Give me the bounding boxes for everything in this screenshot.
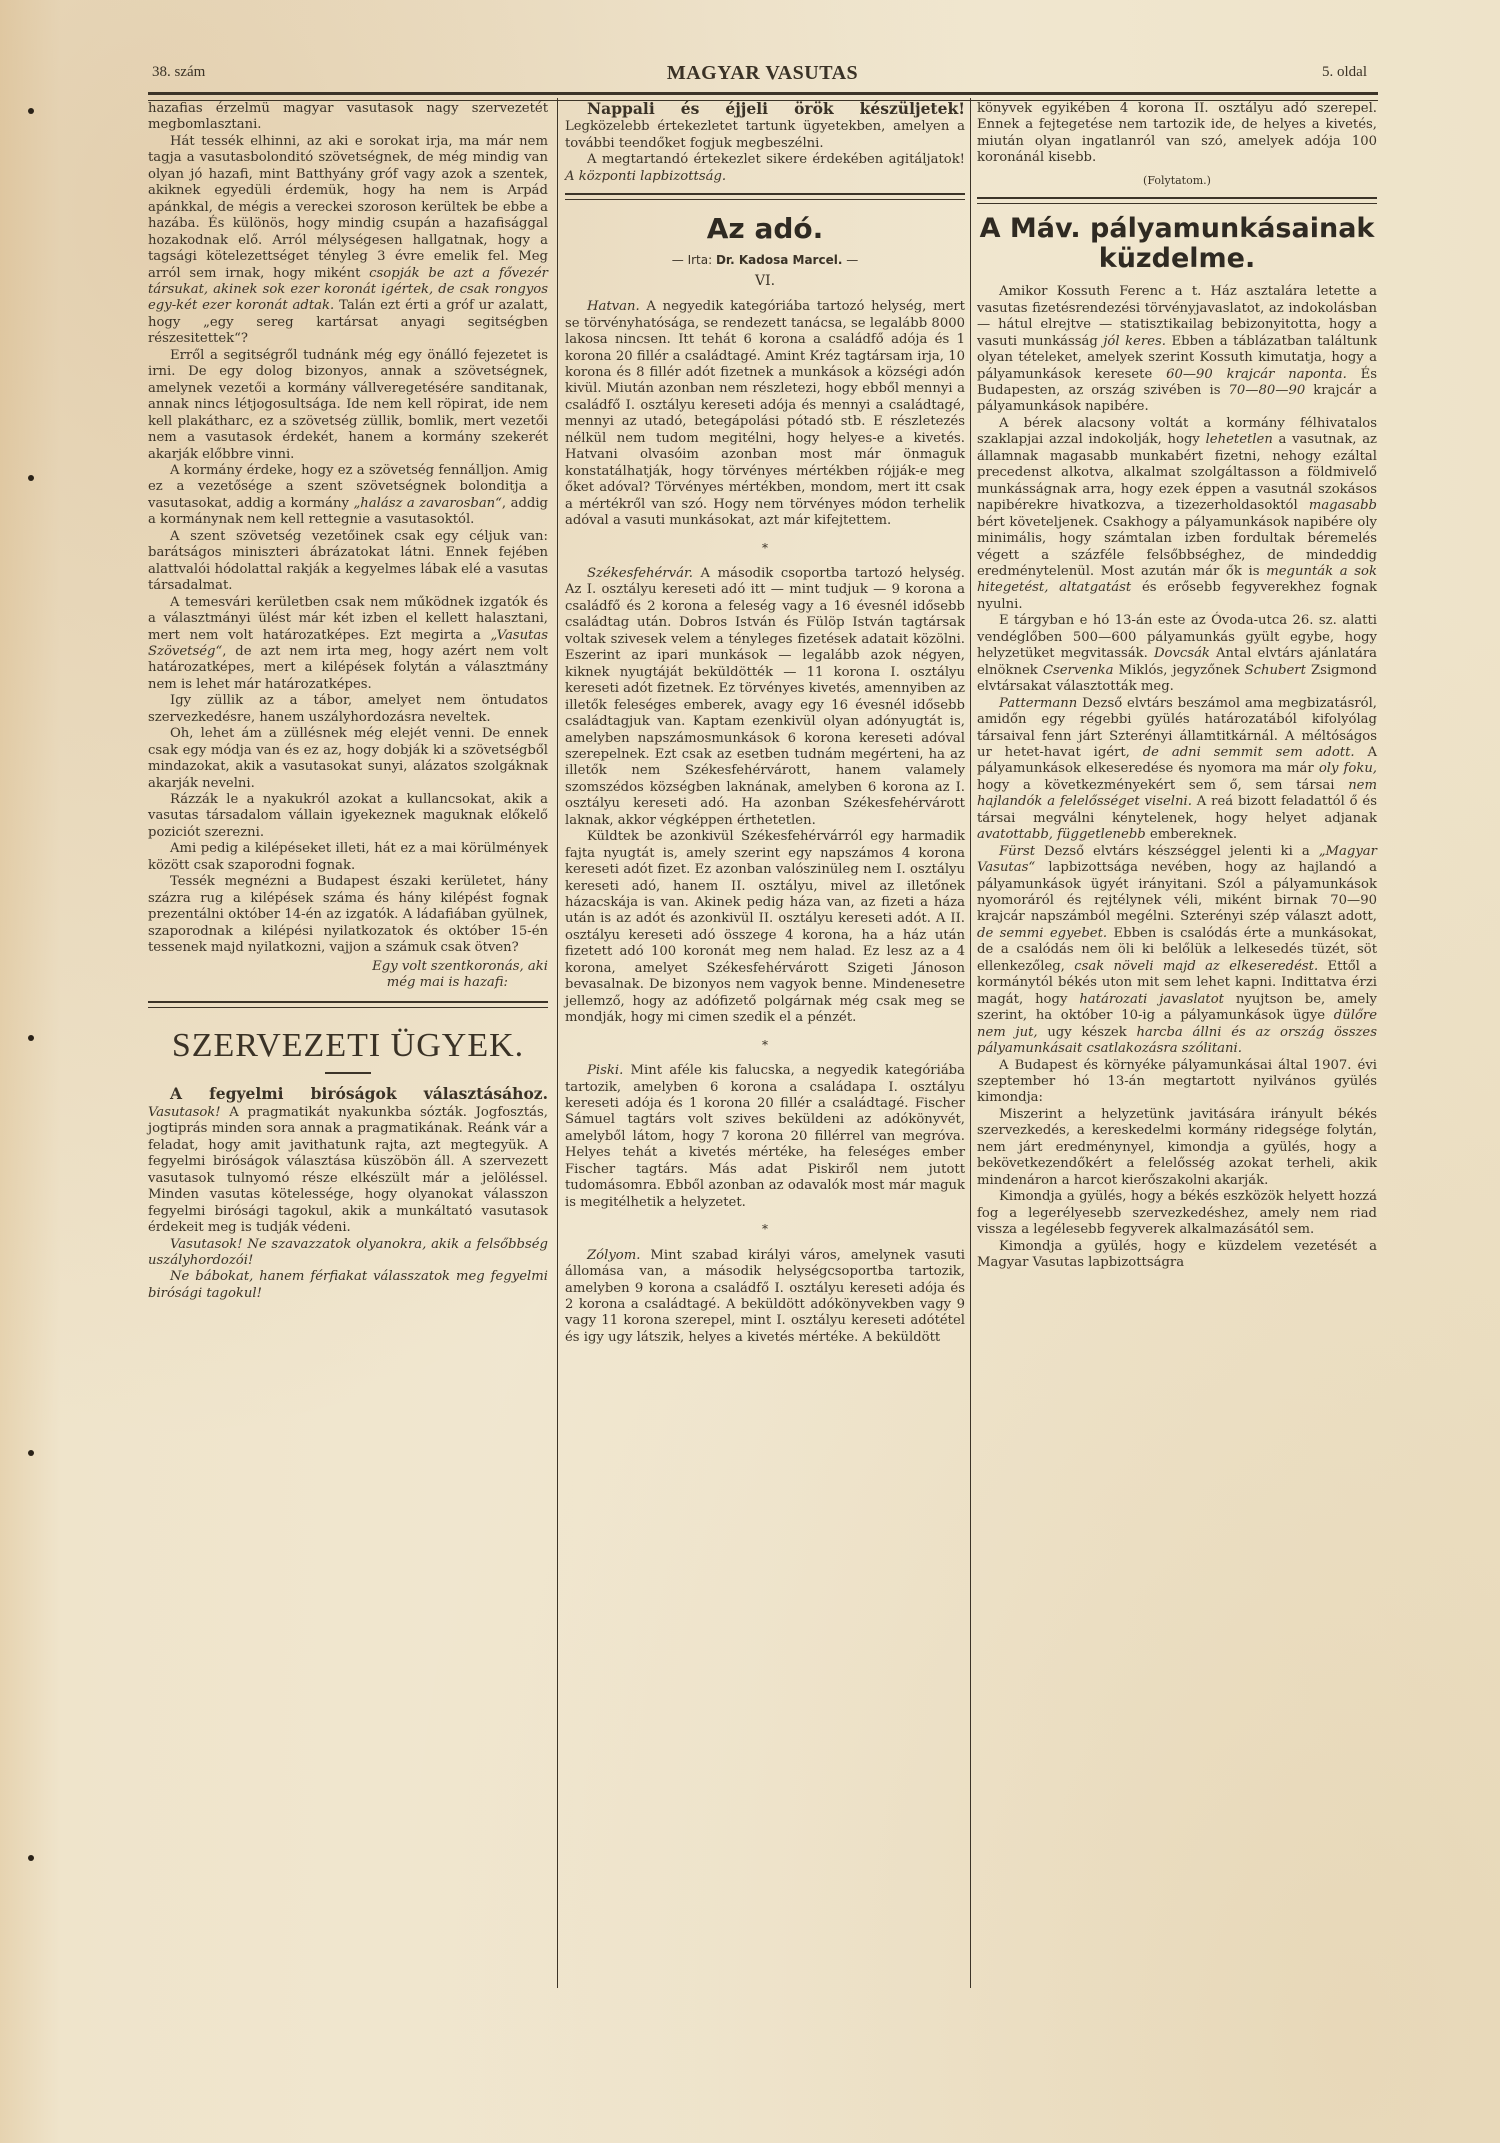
paragraph: A bérek alacsony voltát a kormány félhiv…: [977, 416, 1377, 613]
place-name: Székesfehérvár.: [587, 566, 693, 581]
italic-text: Vasutasok!: [148, 1105, 221, 1120]
place-name: Piski.: [587, 1063, 623, 1078]
section-title: SZERVEZETI ÜGYEK.: [148, 1026, 548, 1066]
italic-text: Fürst: [999, 844, 1035, 859]
italic-text: 70—80—90: [1229, 383, 1306, 398]
paragraph: Kimondja a gyülés, hogy a békés eszközök…: [977, 1189, 1377, 1238]
punch-hole-mark: [28, 108, 34, 114]
byline: — Irta: Dr. Kadosa Marcel. —: [565, 252, 965, 268]
italic-text: Schubert: [1245, 663, 1306, 678]
text: A pragmatikát nyakunkba sózták. Jogfoszt…: [148, 1105, 548, 1235]
text: Hát tessék elhinni, az aki e sorokat irj…: [148, 134, 548, 281]
text: A második csoportba tartozó helység. Az …: [565, 566, 965, 828]
paragraph: Fürst Dezső elvtárs készséggel jelenti k…: [977, 844, 1377, 1058]
paragraph: Nappali és éjjeli örök készüljetek! Legk…: [565, 101, 965, 152]
italic-text: jól keres.: [1103, 334, 1166, 349]
column-divider: [970, 98, 971, 1988]
text: ugy készek: [1047, 1025, 1126, 1040]
paragraph: Igy züllik az a tábor, amelyet nem öntud…: [148, 693, 548, 726]
masthead-title: MAGYAR VASUTAS: [150, 62, 1375, 85]
paragraph: Erről a segitségről tudnánk még egy önál…: [148, 348, 548, 463]
article-title: Az adó.: [565, 214, 965, 244]
italic-text: csak növeli majd az elkeseredést.: [1074, 959, 1318, 974]
italic-text: Cservenka: [1043, 663, 1114, 678]
author-name: Dr. Kadosa Marcel.: [716, 253, 842, 267]
paragraph: Hát tessék elhinni, az aki e sorokat irj…: [148, 134, 548, 348]
newspaper-page: 38. szám MAGYAR VASUTAS 5. oldal hazafia…: [0, 0, 1500, 2143]
paragraph: Pattermann Dezső elvtárs beszámol ama me…: [977, 696, 1377, 844]
text: hogy a következményekért sem ő, sem társ…: [977, 778, 1335, 793]
italic-text: Pattermann: [999, 696, 1077, 711]
text: Mint aféle kis falucska, a negyedik kate…: [565, 1063, 965, 1210]
italic-text: de adni semmit sem adott.: [1143, 745, 1355, 760]
column-right: könyvek egyikében 4 korona II. osztályu …: [977, 101, 1377, 1271]
place-name: Hatvan.: [587, 299, 640, 314]
place-name: Zólyom.: [587, 1248, 640, 1263]
text: Miklós, jegyzőnek: [1119, 663, 1240, 678]
paragraph: Hatvan. A negyedik kategóriába tartozó h…: [565, 299, 965, 529]
italic-text: lehetetlen: [1206, 432, 1273, 447]
asterisk-separator: *: [565, 1037, 965, 1053]
paragraph: Küldtek be azonkivül Székesfehérvárról e…: [565, 829, 965, 1026]
text: Legközelebb értekezletet tartunk ügyetek…: [565, 119, 965, 150]
article-lead-title: A fegyelmi biróságok választásához.: [170, 1084, 548, 1103]
italic-text: avatottabb, függetlenebb: [977, 827, 1146, 842]
notice-title: Nappali és éjjeli örök készüljetek!: [587, 99, 965, 118]
paragraph: Oh, lehet ám a züllésnek még elejét venn…: [148, 726, 548, 792]
column-divider: [557, 98, 558, 1988]
paragraph: Zólyom. Mint szabad királyi város, amely…: [565, 1248, 965, 1347]
paragraph: A megtartandó értekezlet sikere érdekébe…: [565, 152, 965, 185]
paragraph: Ne bábokat, hanem férfiakat válasszatok …: [148, 1269, 548, 1302]
paragraph: hazafias érzelmü magyar vasutasok nagy s…: [148, 101, 548, 134]
paragraph: Miszerint a helyzetünk javitására irányu…: [977, 1107, 1377, 1189]
punch-hole-mark: [28, 1035, 34, 1041]
text: — Irta:: [672, 253, 712, 267]
paragraph: könyvek egyikében 4 korona II. osztályu …: [977, 101, 1377, 167]
italic-text: oly foku,: [1319, 761, 1377, 776]
italic-text: „halász a zavarosban“: [353, 496, 501, 511]
text: Dezső elvtárs készséggel jelenti ki a: [1044, 844, 1310, 859]
text: lapbizottsága nevében, hogy az hajlandó …: [977, 860, 1377, 924]
text: embereknek.: [1150, 827, 1237, 842]
signature: Egy volt szentkoronás, aki még mai is ha…: [148, 959, 548, 992]
paragraph: A Budapest és környéke pályamunkásai ált…: [977, 1058, 1377, 1107]
paragraph: Amikor Kossuth Ferenc a t. Ház asztalára…: [977, 284, 1377, 416]
asterisk-separator: *: [565, 540, 965, 556]
continued-note: (Folytatom.): [977, 173, 1377, 189]
text: —: [846, 253, 858, 267]
short-rule: [325, 1072, 371, 1074]
paragraph: Kimondja a gyülés, hogy e küzdelem vezet…: [977, 1239, 1377, 1272]
paragraph: Tessék megnézni a Budapest északi kerüle…: [148, 874, 548, 956]
section-rule: [148, 1001, 548, 1008]
italic-text: Vasutasok! Ne szavazzatok olyanokra, aki…: [148, 1237, 548, 1268]
text: A megtartandó értekezlet sikere érdekébe…: [587, 152, 965, 167]
italic-text: magasabb: [1309, 498, 1377, 513]
italic-text: 60—90 krajcár naponta.: [1166, 367, 1347, 382]
column-middle: Nappali és éjjeli örök készüljetek! Legk…: [565, 101, 965, 1346]
column-left: hazafias érzelmü magyar vasutasok nagy s…: [148, 101, 548, 1302]
italic-text: A központi lapbizottság.: [565, 169, 726, 184]
paragraph: Piski. Mint aféle kis falucska, a negyed…: [565, 1063, 965, 1211]
page-header: 38. szám MAGYAR VASUTAS 5. oldal: [150, 62, 1375, 92]
paragraph: A kormány érdeke, hogy ez a szövetség fe…: [148, 463, 548, 529]
section-rule: [565, 193, 965, 200]
paragraph: A szent szövetség vezetőinek csak egy cé…: [148, 529, 548, 595]
section-rule: [977, 197, 1377, 204]
paragraph: Székesfehérvár. A második csoportba tart…: [565, 566, 965, 829]
punch-hole-mark: [28, 1450, 34, 1456]
paragraph: Vasutasok! Ne szavazzatok olyanokra, aki…: [148, 1237, 548, 1270]
paragraph: A fegyelmi biróságok választásához. Vasu…: [148, 1086, 548, 1236]
italic-text: Ne bábokat, hanem férfiakat válasszatok …: [148, 1269, 548, 1300]
signature-line: Egy volt szentkoronás, aki: [148, 959, 548, 975]
paragraph: A temesvári kerületben csak nem működnek…: [148, 595, 548, 694]
italic-text: de semmi egyebet.: [977, 926, 1107, 941]
asterisk-separator: *: [565, 1221, 965, 1237]
article-title: A Máv. pályamunkásainak küzdelme.: [977, 214, 1377, 274]
text: A temesvári kerületben csak nem működnek…: [148, 595, 548, 643]
text: A negyedik kategóriába tartozó helység, …: [565, 299, 965, 528]
punch-hole-mark: [28, 475, 34, 481]
paragraph: Rázzák le a nyakukról azokat a kullancso…: [148, 792, 548, 841]
italic-text: Dovcsák: [1154, 646, 1210, 661]
punch-hole-mark: [28, 1855, 34, 1861]
italic-text: határozati javaslatot: [1079, 992, 1224, 1007]
paragraph: E tárgyban e hó 13-án este az Óvoda-utca…: [977, 613, 1377, 695]
signature-line: még mai is hazafi:: [148, 975, 548, 991]
page-number: 5. oldal: [1322, 64, 1367, 81]
part-number: VI.: [565, 273, 965, 289]
paragraph: Ami pedig a kilépéseket illeti, hát ez a…: [148, 841, 548, 874]
